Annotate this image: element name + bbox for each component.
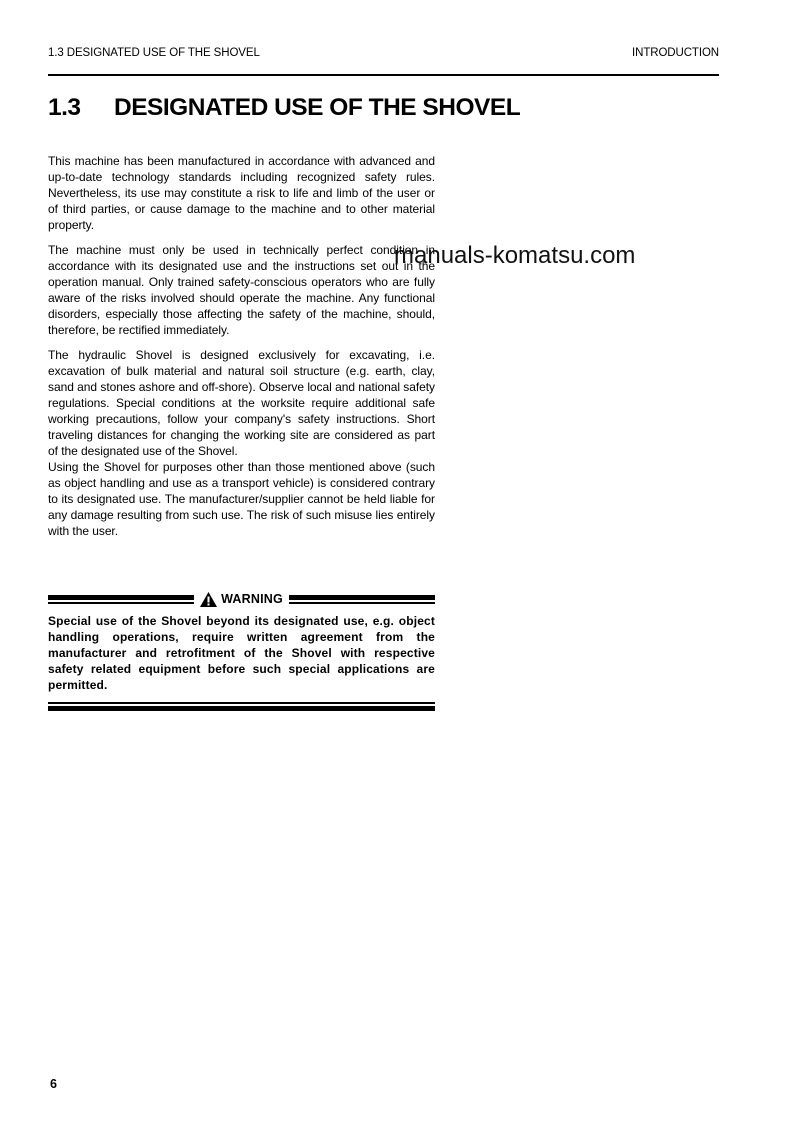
warning-label: WARNING: [194, 592, 289, 607]
warning-title: WARNING: [221, 592, 283, 606]
running-header-chapter: INTRODUCTION: [632, 47, 719, 59]
warning-header: WARNING: [48, 590, 435, 608]
warning-footer-bar: [48, 702, 435, 711]
warning-triangle-icon: [200, 592, 217, 607]
watermark: manuals-komatsu.com: [394, 242, 635, 270]
paragraph-3: The hydraulic Shovel is designed exclusi…: [48, 347, 435, 459]
warning-bar-right: [289, 595, 435, 604]
paragraph-2: The machine must only be used in technic…: [48, 242, 435, 338]
warning-box: WARNING Special use of the Shovel beyond…: [48, 590, 435, 711]
warning-text: Special use of the Shovel beyond its des…: [48, 613, 435, 693]
section-heading: DESIGNATED USE OF THE SHOVEL: [114, 94, 520, 122]
running-header: 1.3 DESIGNATED USE OF THE SHOVEL INTRODU…: [48, 47, 719, 59]
paragraph-1: This machine has been manufactured in ac…: [48, 153, 435, 233]
warning-bar-left: [48, 595, 194, 604]
body-text: This machine has been manufactured in ac…: [48, 153, 435, 548]
section-number: 1.3: [48, 94, 114, 122]
running-header-section: 1.3 DESIGNATED USE OF THE SHOVEL: [48, 47, 260, 59]
page-number: 6: [50, 1077, 57, 1091]
paragraph-4: Using the Shovel for purposes other than…: [48, 459, 435, 539]
section-title: 1.3 DESIGNATED USE OF THE SHOVEL: [48, 94, 520, 122]
header-rule: [48, 74, 719, 76]
